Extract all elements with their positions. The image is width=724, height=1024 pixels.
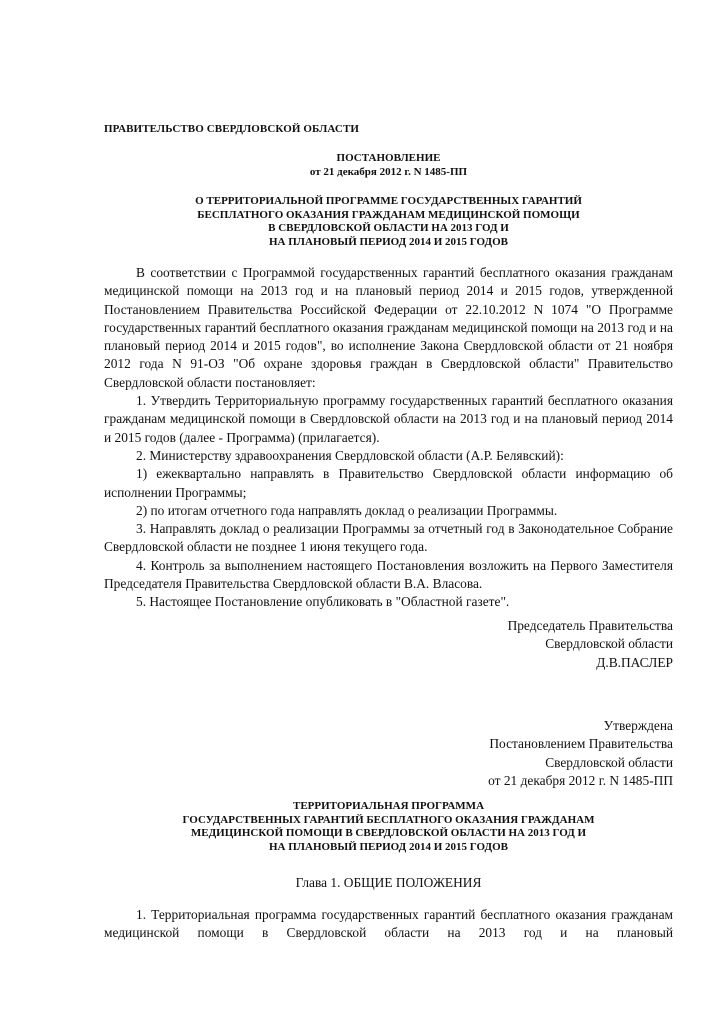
clause-2-sub-2: 2) по итогам отчетного года направлять д… (104, 502, 673, 520)
program-title-line: МЕДИЦИНСКОЙ ПОМОЩИ В СВЕРДЛОВСКОЙ ОБЛАСТ… (104, 827, 673, 841)
resolution-body: В соответствии с Программой государствен… (104, 264, 673, 612)
clause-4: 4. Контроль за выполнением настоящего По… (104, 557, 673, 594)
issuing-organization: ПРАВИТЕЛЬСТВО СВЕРДЛОВСКОЙ ОБЛАСТИ (104, 123, 359, 135)
program-title-line: ГОСУДАРСТВЕННЫХ ГАРАНТИЙ БЕСПЛАТНОГО ОКА… (104, 814, 673, 828)
program-paragraph-1: 1. Территориальная программа государстве… (104, 906, 673, 943)
signatory-region: Свердловской области (104, 635, 673, 653)
signatory-title: Председатель Правительства (104, 617, 673, 635)
chapter-heading: Глава 1. ОБЩИЕ ПОЛОЖЕНИЯ (104, 874, 673, 892)
clause-1: 1. Утвердить Территориальную программу г… (104, 392, 673, 447)
document-type: ПОСТАНОВЛЕНИЕ (104, 152, 673, 166)
title-line: НА ПЛАНОВЫЙ ПЕРИОД 2014 И 2015 ГОДОВ (104, 236, 673, 250)
approval-line: Утверждена (104, 717, 673, 735)
title-line: О ТЕРРИТОРИАЛЬНОЙ ПРОГРАММЕ ГОСУДАРСТВЕН… (104, 195, 673, 209)
document-date-number: от 21 декабря 2012 г. N 1485-ПП (104, 166, 673, 180)
clause-2: 2. Министерству здравоохранения Свердлов… (104, 447, 673, 465)
title-line: БЕСПЛАТНОГО ОКАЗАНИЯ ГРАЖДАНАМ МЕДИЦИНСК… (104, 209, 673, 223)
clause-3: 3. Направлять доклад о реализации Програ… (104, 520, 673, 557)
approval-line: Постановлением Правительства (104, 735, 673, 753)
signature-block: Председатель Правительства Свердловской … (104, 617, 673, 672)
program-title: ТЕРРИТОРИАЛЬНАЯ ПРОГРАММА ГОСУДАРСТВЕННЫ… (104, 800, 673, 854)
signatory-name: Д.В.ПАСЛЕР (104, 654, 673, 672)
approval-stamp: Утверждена Постановлением Правительства … (104, 717, 673, 790)
clause-2-sub-1: 1) ежеквартально направлять в Правительс… (104, 465, 673, 502)
resolution-header: ПОСТАНОВЛЕНИЕ от 21 декабря 2012 г. N 14… (104, 152, 673, 179)
preamble-paragraph: В соответствии с Программой государствен… (104, 264, 673, 392)
resolution-title: О ТЕРРИТОРИАЛЬНОЙ ПРОГРАММЕ ГОСУДАРСТВЕН… (104, 195, 673, 249)
clause-5: 5. Настоящее Постановление опубликовать … (104, 593, 673, 611)
title-line: В СВЕРДЛОВСКОЙ ОБЛАСТИ НА 2013 ГОД И (104, 222, 673, 236)
program-title-line: ТЕРРИТОРИАЛЬНАЯ ПРОГРАММА (104, 800, 673, 814)
approval-line: Свердловской области (104, 754, 673, 772)
program-title-line: НА ПЛАНОВЫЙ ПЕРИОД 2014 И 2015 ГОДОВ (104, 841, 673, 855)
program-body: 1. Территориальная программа государстве… (104, 906, 673, 943)
document-page: ПРАВИТЕЛЬСТВО СВЕРДЛОВСКОЙ ОБЛАСТИ ПОСТА… (0, 0, 724, 1024)
approval-line: от 21 декабря 2012 г. N 1485-ПП (104, 772, 673, 790)
